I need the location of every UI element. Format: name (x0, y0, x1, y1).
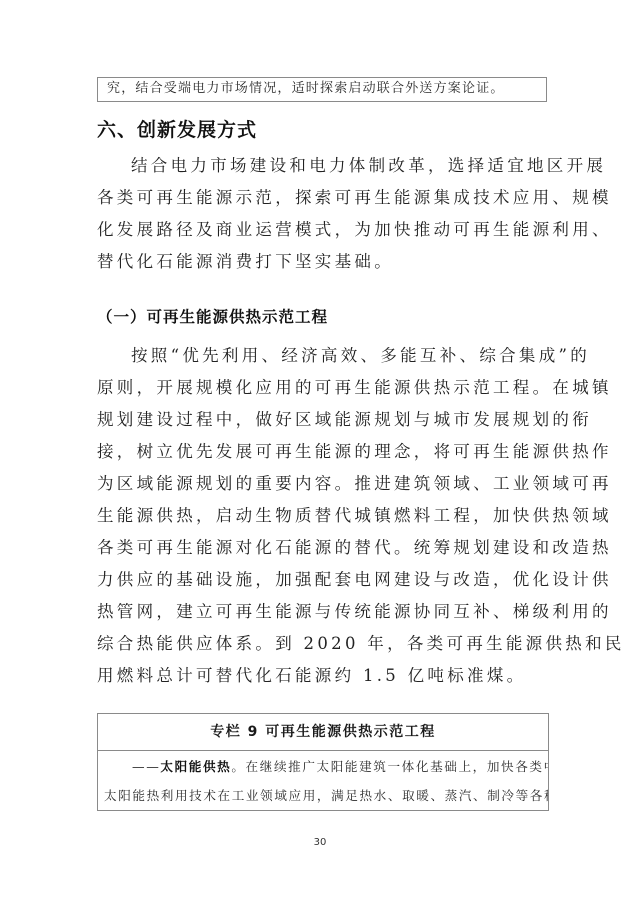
section-heading: 六、创新发展方式 (97, 117, 257, 143)
column-box-item-line: ——太阳能供热。在继续推广太阳能建筑一体化基础上，加快各类中高温 (98, 752, 548, 781)
section-intro-paragraph: 结合电力市场建设和电力体制改革，选择适宜地区开展 各类可再生能源示范，探索可再生… (97, 150, 552, 278)
document-page: 究，结合受端电力市场情况，适时探索启动联合外送方案论证。 六、创新发展方式 结合… (0, 0, 640, 905)
paragraph-line: 综合热能供应体系。到 2020 年，各类可再生能源供热和民 (97, 628, 552, 660)
item-bold-label: 太阳能供热 (160, 759, 231, 774)
subsection-body-paragraph: 按照“优先利用、经济高效、多能互补、综合集成”的 原则，开展规模化应用的可再生能… (97, 340, 552, 692)
paragraph-line: 生能源供热，启动生物质替代城镇燃料工程，加快供热领域 (97, 500, 552, 532)
paragraph-line: 规划建设过程中，做好区域能源规划与城市发展规划的衔 (97, 404, 552, 436)
paragraph-line: 各类可再生能源示范，探索可再生能源集成技术应用、规模 (97, 182, 552, 214)
paragraph-line: 热管网，建立可再生能源与传统能源协同互补、梯级利用的 (97, 596, 552, 628)
paragraph-line: 原则，开展规模化应用的可再生能源供热示范工程。在城镇 (97, 372, 552, 404)
column-box-title: 专栏 9 可再生能源供热示范工程 (98, 714, 548, 751)
item-text: 。在继续推广太阳能建筑一体化基础上，加快各类中高温 (231, 759, 548, 774)
continued-box-text: 究，结合受端电力市场情况，适时探索启动联合外送方案论证。 (107, 81, 505, 96)
paragraph-line: 结合电力市场建设和电力体制改革，选择适宜地区开展 (97, 150, 552, 182)
paragraph-line: 化发展路径及商业运营模式，为加快推动可再生能源利用、 (97, 214, 552, 246)
continued-column-box: 究，结合受端电力市场情况，适时探索启动联合外送方案论证。 (97, 77, 547, 102)
em-dash-prefix: —— (132, 759, 160, 774)
paragraph-line: 接，树立优先发展可再生能源的理念，将可再生能源供热作 (97, 436, 552, 468)
paragraph-line: 按照“优先利用、经济高效、多能互补、综合集成”的 (97, 340, 552, 372)
paragraph-line: 各类可再生能源对化石能源的替代。统筹规划建设和改造热 (97, 532, 552, 564)
page-number: 30 (0, 837, 640, 848)
paragraph-line: 力供应的基础设施，加强配套电网建设与改造，优化设计供 (97, 564, 552, 596)
column-box-9: 专栏 9 可再生能源供热示范工程 ——太阳能供热。在继续推广太阳能建筑一体化基础… (97, 713, 549, 811)
paragraph-line: 用燃料总计可替代化石能源约 1.5 亿吨标准煤。 (97, 660, 552, 692)
column-box-item-line: 太阳能热利用技术在工业领域应用，满足热水、取暖、蒸汽、制冷等各种品质 (98, 781, 548, 810)
paragraph-line: 为区域能源规划的重要内容。推进建筑领域、工业领域可再 (97, 468, 552, 500)
subsection-heading: （一）可再生能源供热示范工程 (97, 305, 328, 329)
paragraph-line: 替代化石能源消费打下坚实基础。 (97, 246, 552, 278)
